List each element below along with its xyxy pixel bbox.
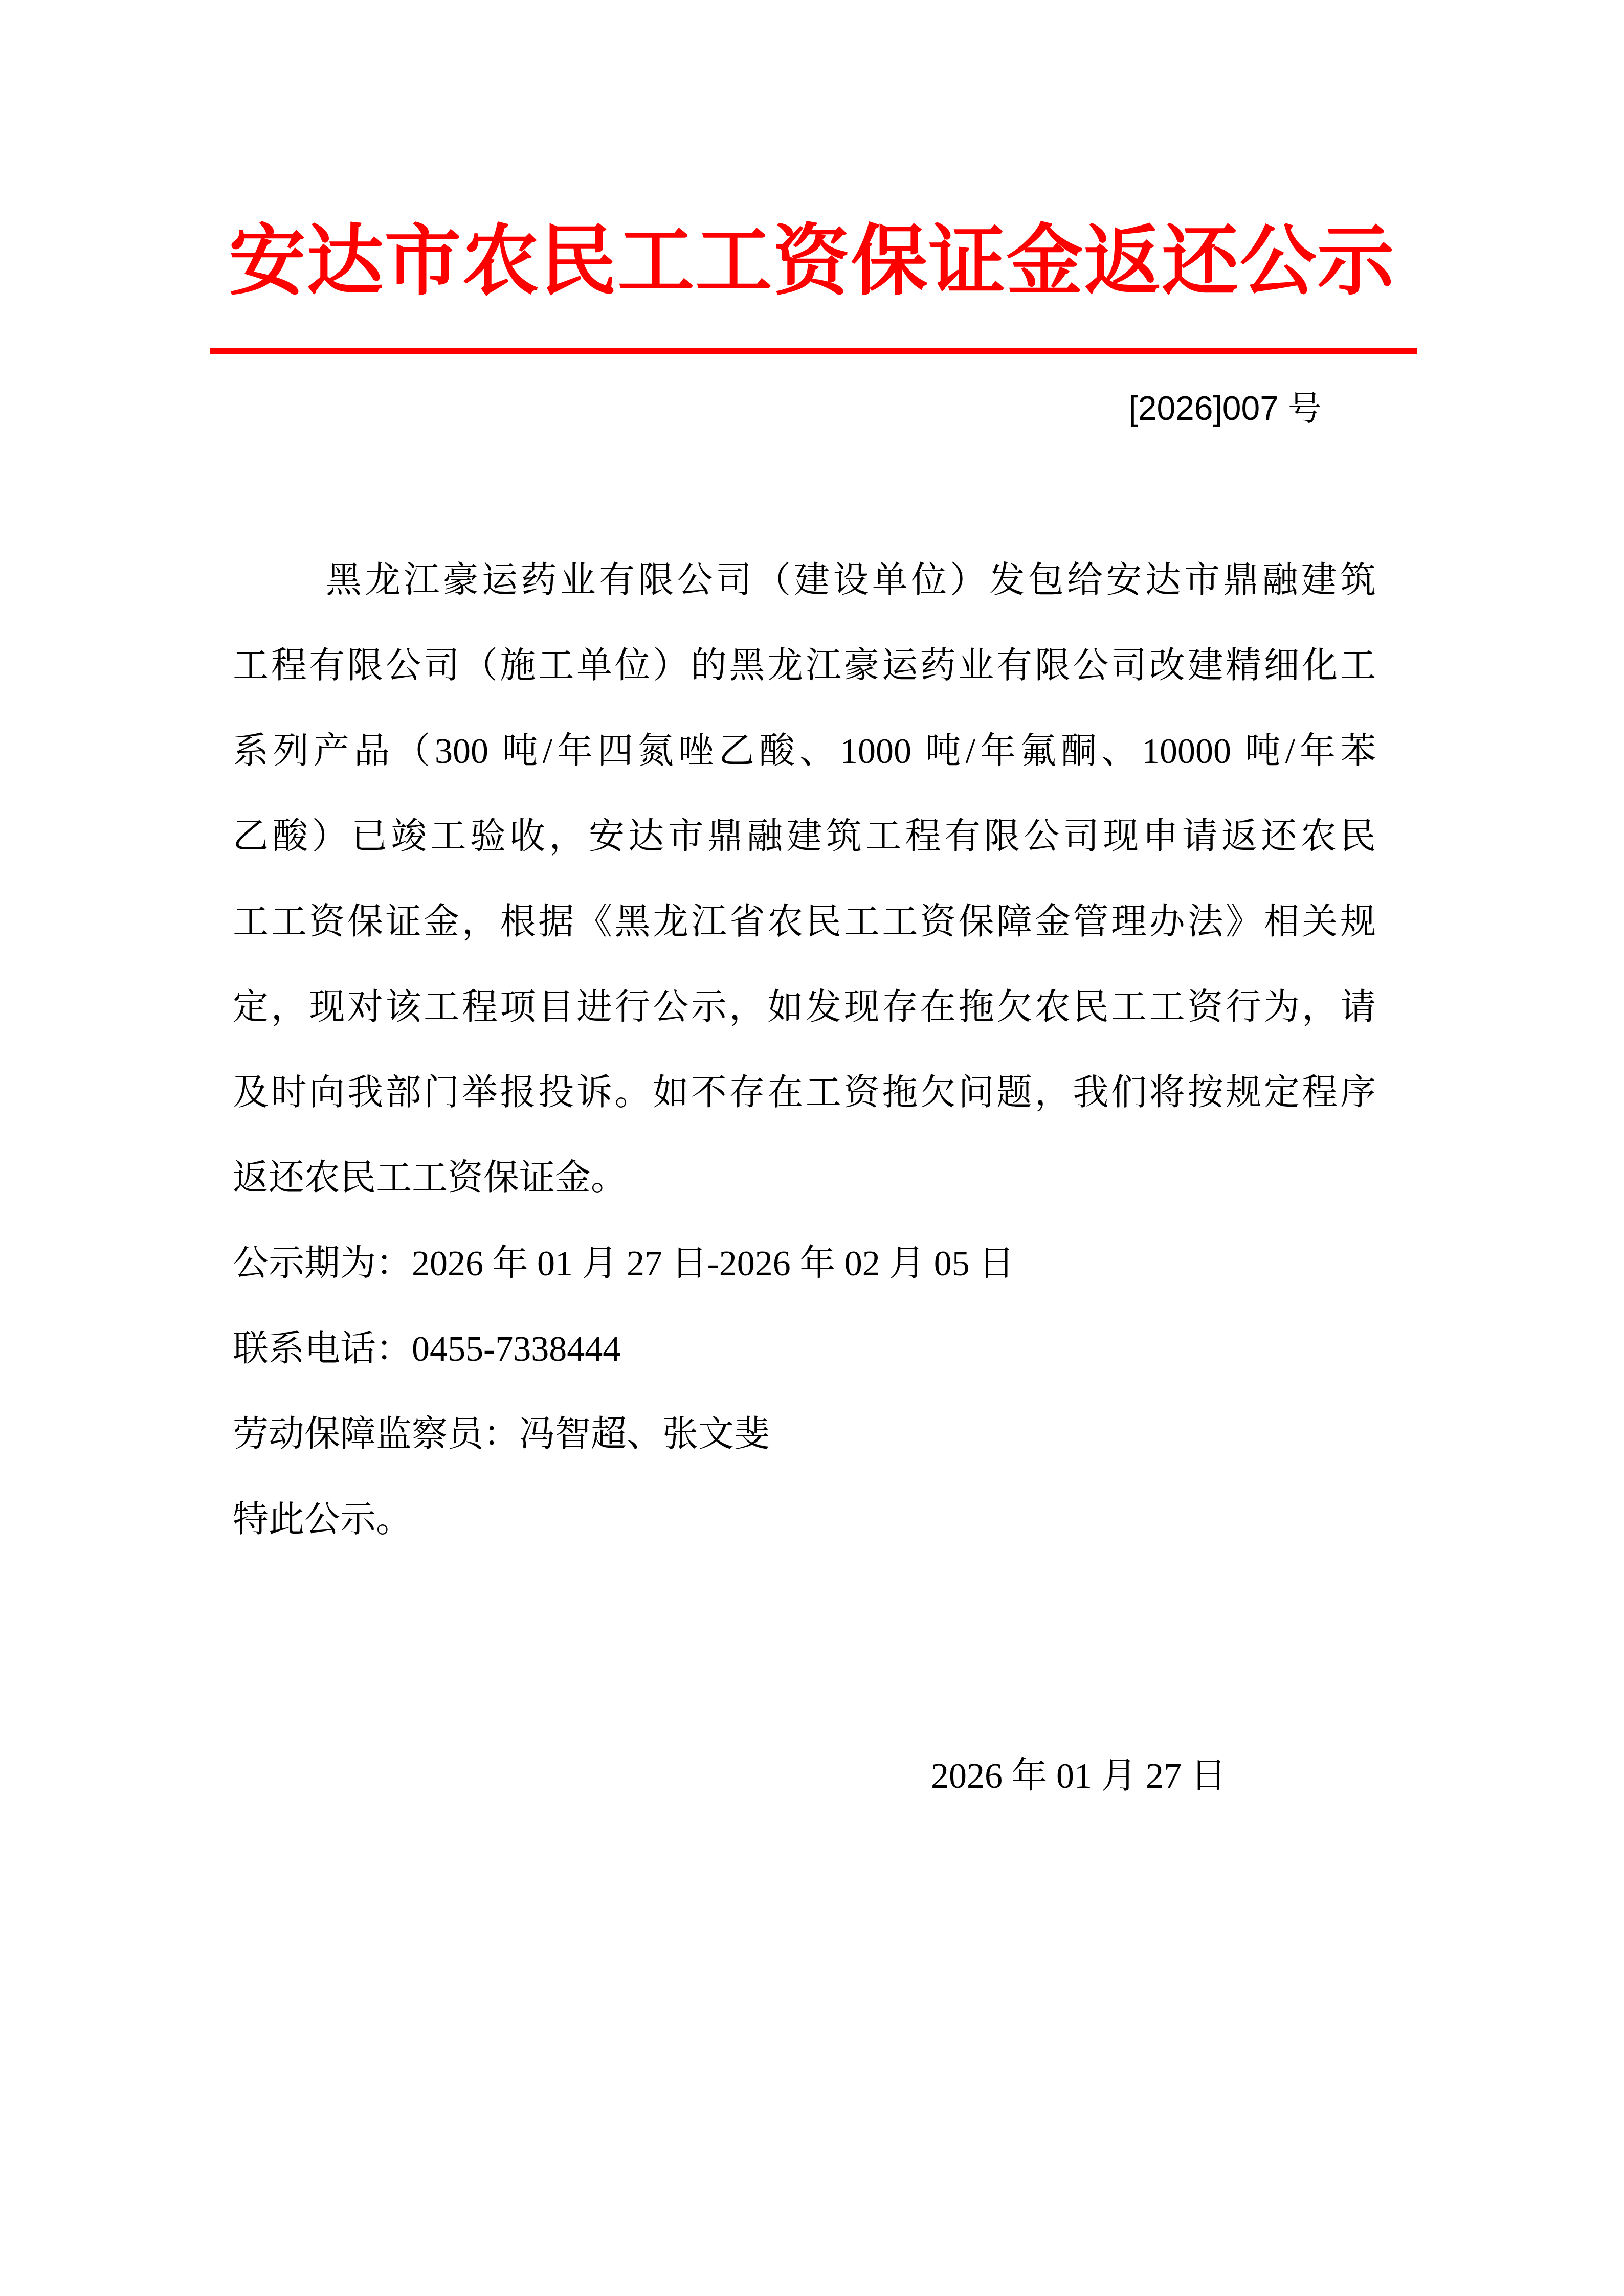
publicity-period-line: 公示期为：2026 年 01 月 27 日-2026 年 02 月 05 日: [233, 1221, 1376, 1307]
body-line: 系列产品（300 吨/年四氮唑乙酸、1000 吨/年氟酮、10000 吨/年苯: [233, 709, 1376, 794]
body-line: 返还农民工工资保证金。: [233, 1136, 1376, 1221]
body-line: 及时向我部门举报投诉。如不存在工资拖欠问题，我们将按规定程序: [233, 1050, 1376, 1136]
inspectors-line: 劳动保障监察员：冯智超、张文斐: [233, 1392, 1376, 1477]
title-underline-rule: [210, 348, 1417, 354]
notice-body: 黑龙江豪运药业有限公司（建设单位）发包给安达市鼎融建筑 工程有限公司（施工单位）…: [233, 538, 1376, 1819]
closing-line: 特此公示。: [233, 1477, 1376, 1563]
doc-number: [2026]007号: [233, 382, 1376, 435]
doc-number-value: [2026]007: [1128, 389, 1279, 427]
issue-date: 2026 年 01 月 27 日: [233, 1734, 1376, 1819]
document-page: 安达市农民工工资保证金返还公示 [2026]007号 黑龙江豪运药业有限公司（建…: [0, 0, 1624, 2296]
contact-phone-line: 联系电话：0455-7338444: [233, 1307, 1376, 1392]
page-title: 安达市农民工工资保证金返还公示: [0, 212, 1624, 309]
doc-number-unit: 号: [1279, 390, 1322, 427]
body-line: 乙酸）已竣工验收，安达市鼎融建筑工程有限公司现申请返还农民: [233, 794, 1376, 880]
body-line: 工程有限公司（施工单位）的黑龙江豪运药业有限公司改建精细化工: [233, 623, 1376, 709]
body-line: 定，现对该工程项目进行公示，如发现存在拖欠农民工工资行为，请: [233, 965, 1376, 1050]
body-line: 工工资保证金，根据《黑龙江省农民工工资保障金管理办法》相关规: [233, 880, 1376, 965]
body-line: 黑龙江豪运药业有限公司（建设单位）发包给安达市鼎融建筑: [233, 538, 1376, 623]
